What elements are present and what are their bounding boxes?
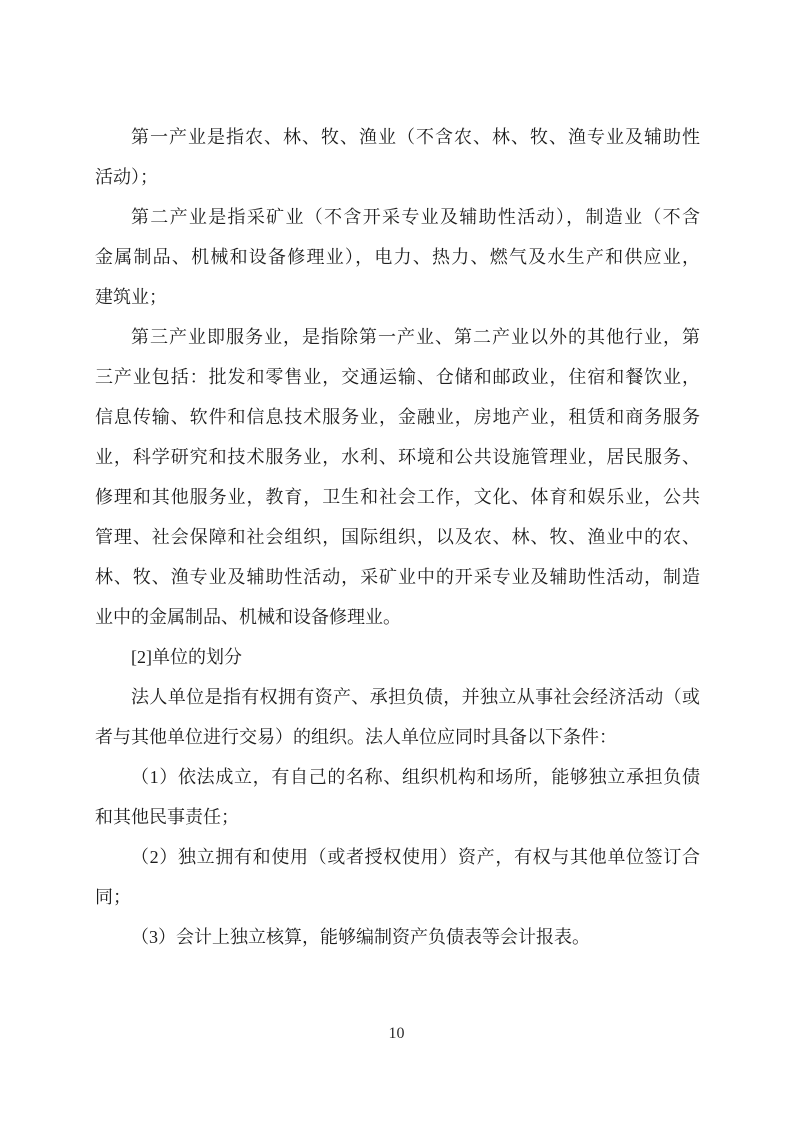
text-line: 第二产业是指采矿业（不含开采专业及辅助性活动），制造业（不含 (95, 197, 700, 237)
text-line: 法人单位是指有权拥有资产、承担负债，并独立从事社会经济活动（或 (95, 677, 700, 717)
text-line: 管理、社会保障和社会组织，国际组织，以及农、林、牧、渔业中的农、 (95, 517, 700, 557)
text-line: 和其他民事责任； (95, 797, 700, 837)
para-legal-unit-definition: 法人单位是指有权拥有资产、承担负债，并独立从事社会经济活动（或者与其他单位进行交… (95, 677, 700, 757)
para-condition-1: （1）依法成立，有自己的名称、组织机构和场所，能够独立承担负债和其他民事责任； (95, 757, 700, 837)
text-line: 活动）； (95, 157, 700, 197)
para-heading-unit-division: [2]单位的划分 (95, 637, 700, 677)
text-line: 修理和其他服务业，教育，卫生和社会工作，文化、体育和娱乐业，公共 (95, 477, 700, 517)
text-line: （3）会计上独立核算，能够编制资产负债表等会计报表。 (95, 917, 700, 957)
text-line: （2）独立拥有和使用（或者授权使用）资产，有权与其他单位签订合 (95, 837, 700, 877)
text-line: 信息传输、软件和信息技术服务业，金融业，房地产业，租赁和商务服务 (95, 397, 700, 437)
para-tertiary-industry: 第三产业即服务业，是指除第一产业、第二产业以外的其他行业，第三产业包括：批发和零… (95, 317, 700, 637)
text-line: 同； (95, 877, 700, 917)
text-line: 建筑业； (95, 277, 700, 317)
text-line: 第一产业是指农、林、牧、渔业（不含农、林、牧、渔专业及辅助性 (95, 117, 700, 157)
text-line: 第三产业即服务业，是指除第一产业、第二产业以外的其他行业，第 (95, 317, 700, 357)
text-line: 业，科学研究和技术服务业，水利、环境和公共设施管理业，居民服务、 (95, 437, 700, 477)
text-line: 三产业包括：批发和零售业，交通运输、仓储和邮政业，住宿和餐饮业， (95, 357, 700, 397)
text-line: [2]单位的划分 (95, 637, 700, 677)
para-primary-industry: 第一产业是指农、林、牧、渔业（不含农、林、牧、渔专业及辅助性活动）； (95, 117, 700, 197)
para-condition-2: （2）独立拥有和使用（或者授权使用）资产，有权与其他单位签订合同； (95, 837, 700, 917)
text-line: 林、牧、渔专业及辅助性活动，采矿业中的开采专业及辅助性活动，制造 (95, 557, 700, 597)
page-number: 10 (0, 1025, 793, 1043)
text-line: 者与其他单位进行交易）的组织。法人单位应同时具备以下条件： (95, 717, 700, 757)
text-line: 金属制品、机械和设备修理业），电力、热力、燃气及水生产和供应业， (95, 237, 700, 277)
text-line: （1）依法成立，有自己的名称、组织机构和场所，能够独立承担负债 (95, 757, 700, 797)
document-page: 第一产业是指农、林、牧、渔业（不含农、林、牧、渔专业及辅助性活动）；第二产业是指… (0, 0, 793, 1122)
para-secondary-industry: 第二产业是指采矿业（不含开采专业及辅助性活动），制造业（不含金属制品、机械和设备… (95, 197, 700, 317)
para-condition-3: （3）会计上独立核算，能够编制资产负债表等会计报表。 (95, 917, 700, 957)
text-line: 业中的金属制品、机械和设备修理业。 (95, 597, 700, 637)
document-body: 第一产业是指农、林、牧、渔业（不含农、林、牧、渔专业及辅助性活动）；第二产业是指… (95, 117, 700, 957)
